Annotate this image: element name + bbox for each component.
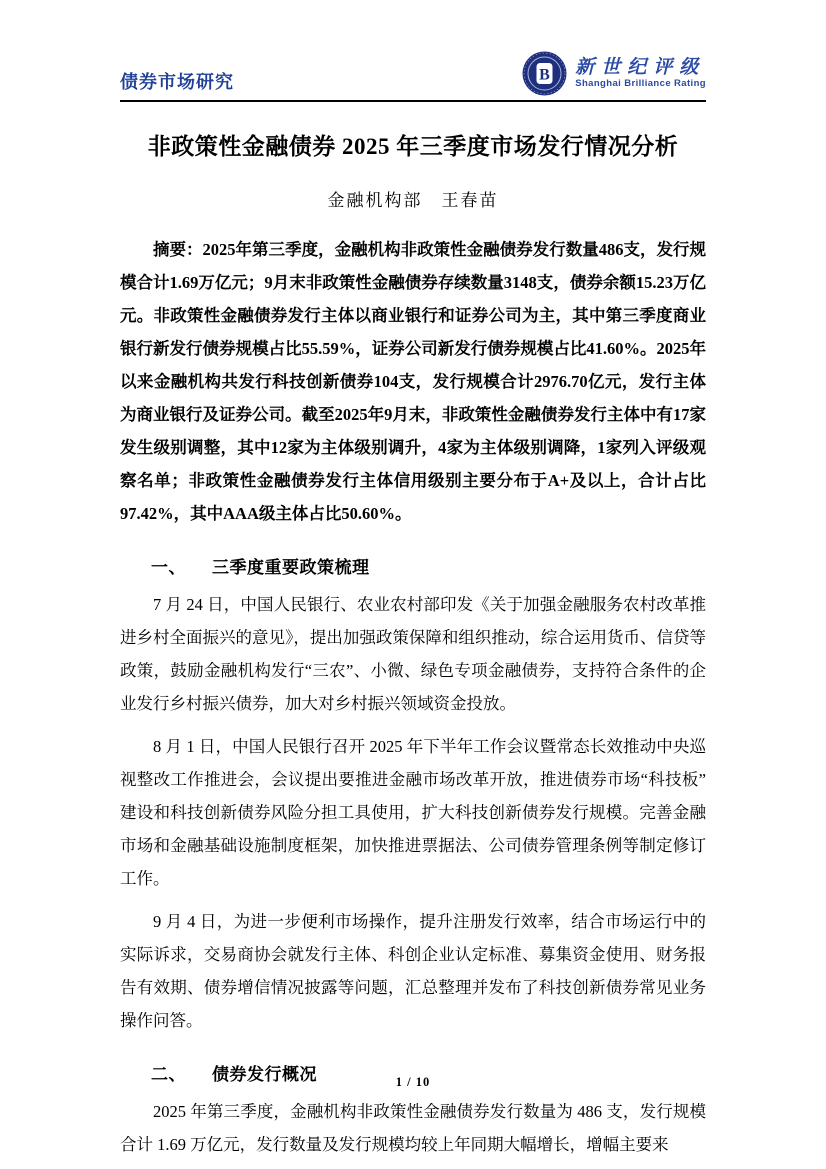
brand-wordmark: 新世纪评级 Shanghai Brilliance Rating (575, 58, 706, 90)
brand-name-cn: 新世纪评级 (575, 58, 706, 79)
document-page: 债券市场研究 B 新世纪评级 Shanghai Brilliance Ratin… (0, 0, 826, 1169)
svg-text:B: B (539, 67, 550, 84)
report-category-label: 债券市场研究 (120, 68, 234, 98)
brand-emblem-icon: B (522, 51, 567, 96)
abstract-label: 摘要： (153, 240, 203, 259)
page-header: 债券市场研究 B 新世纪评级 Shanghai Brilliance Ratin… (120, 52, 706, 102)
section-1-title: 三季度重要政策梳理 (212, 558, 370, 577)
section-1-paragraph-3: 9 月 4 日，为进一步便利市场操作，提升注册发行效率，结合市场运行中的实际诉求… (120, 905, 706, 1037)
document-title: 非政策性金融债券 2025 年三季度市场发行情况分析 (120, 132, 706, 162)
section-2-paragraph-1: 2025 年第三季度，金融机构非政策性金融债券发行数量为 486 支，发行规模合… (120, 1095, 706, 1161)
abstract-paragraph: 摘要：2025年第三季度，金融机构非政策性金融债券发行数量486支，发行规模合计… (120, 233, 706, 530)
brand-logo: B 新世纪评级 Shanghai Brilliance Rating (522, 51, 706, 98)
brand-name-en: Shanghai Brilliance Rating (575, 78, 706, 89)
section-1-number: 一、 (151, 558, 186, 577)
byline: 金融机构部 王春苗 (120, 186, 706, 211)
abstract-text: 2025年第三季度，金融机构非政策性金融债券发行数量486支，发行规模合计1.6… (120, 240, 706, 523)
page-footer: 1 / 10 (0, 1073, 826, 1091)
section-1-paragraph-1: 7 月 24 日，中国人民银行、农业农村部印发《关于加强金融服务农村改革推进乡村… (120, 588, 706, 720)
section-1-paragraph-2: 8 月 1 日，中国人民银行召开 2025 年下半年工作会议暨常态长效推动中央巡… (120, 730, 706, 895)
section-1-heading: 一、三季度重要政策梳理 (120, 553, 706, 578)
page-number: 1 / 10 (396, 1075, 430, 1089)
